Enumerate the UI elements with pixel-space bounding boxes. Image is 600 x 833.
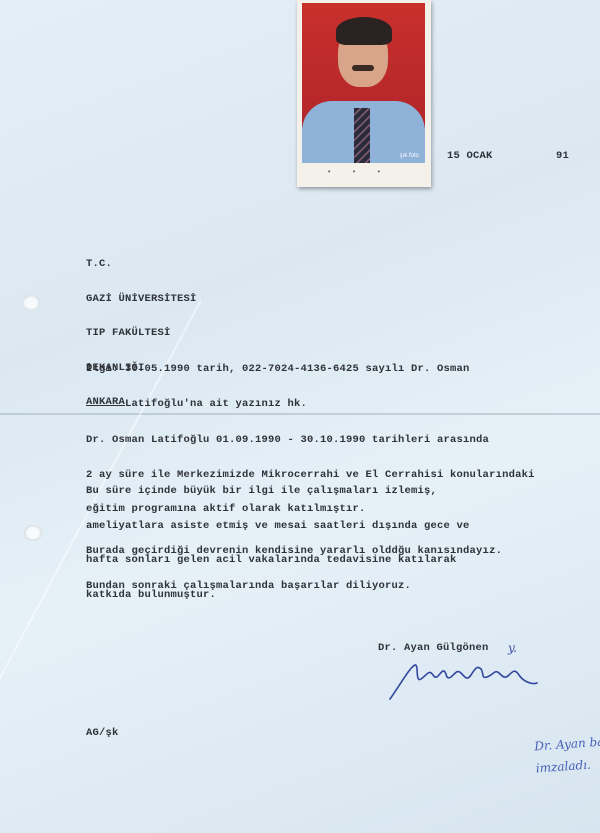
date-year: 91 (556, 151, 569, 163)
reference-line: Latifoğlu'na ait yazınız hk. (86, 399, 470, 411)
photo-image: şık foto (302, 3, 425, 163)
signatory-name: Dr. Ayan Gülgönen (378, 643, 489, 655)
signature-icon (385, 655, 545, 705)
photo-hair (336, 17, 392, 45)
photo-marks: ••• (297, 168, 431, 177)
handwritten-note: Dr. Ayan ba imzaladı. (534, 731, 600, 780)
photo-tie (354, 108, 370, 163)
paragraph-line: Burada geçirdiği devrenin kendisine yara… (86, 546, 502, 558)
punch-hole-top (22, 295, 40, 311)
portrait-photo: şık foto ••• (297, 0, 431, 187)
paragraph-line: Bundan sonraki çalışmalarında başarılar … (86, 581, 502, 593)
addressee-line: GAZİ ÜNİVERSİTESİ (86, 294, 197, 306)
reference-initials: AG/şk (86, 728, 119, 740)
addressee-line: TIP FAKÜLTESİ (86, 328, 197, 340)
paragraph-line: Dr. Osman Latifoğlu 01.09.1990 - 30.10.1… (86, 435, 535, 447)
photo-moustache (352, 65, 374, 71)
date-day-month: 15 OCAK (447, 151, 493, 163)
punch-hole-bottom (24, 525, 42, 541)
photo-studio-stamp: şık foto (400, 153, 419, 159)
reference-line: İlgi: 30.05.1990 tarih, 022-7024-4136-64… (86, 364, 470, 376)
body-paragraph-3: Burada geçirdiği devrenin kendisine yara… (86, 523, 502, 604)
handwritten-mark: y. (508, 641, 517, 655)
reference-block: İlgi: 30.05.1990 tarih, 022-7024-4136-64… (86, 341, 470, 422)
addressee-line: T.C. (86, 259, 197, 271)
paragraph-line: Bu süre içinde büyük bir ilgi ile çalışm… (86, 486, 470, 498)
